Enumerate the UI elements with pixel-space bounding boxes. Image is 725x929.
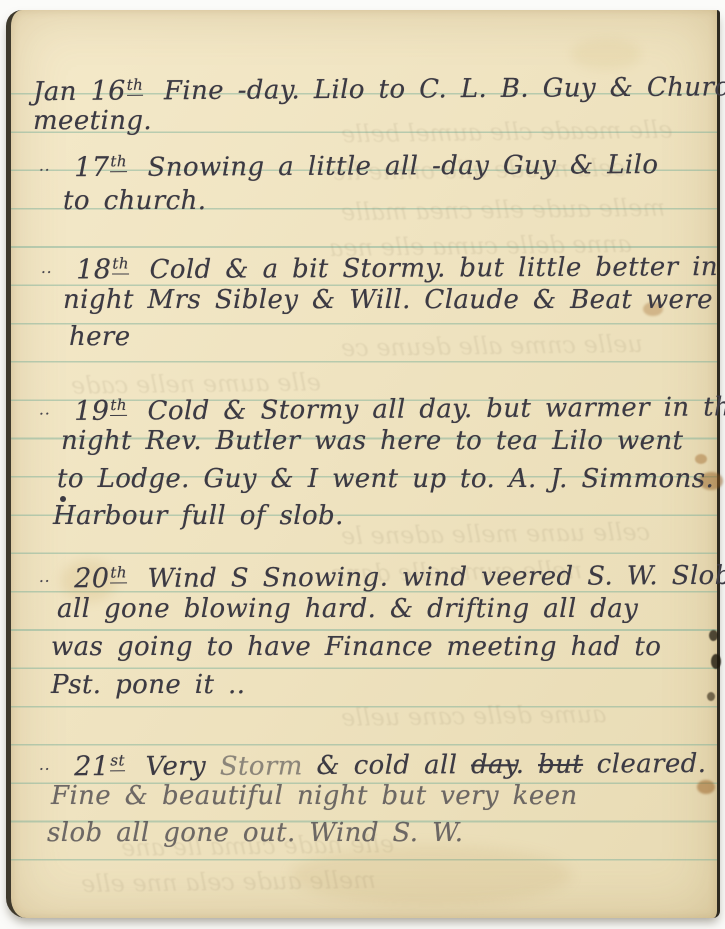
ink-bleedthrough-line: melle aude cela nne elle xyxy=(81,866,376,898)
entry-20-line-4: Pst. pone it .. xyxy=(51,670,245,700)
entry-text: Snowing a little all -day Guy & Lilo xyxy=(148,150,659,183)
entry-16-line-2: meeting. xyxy=(33,106,152,136)
day-number: 18 xyxy=(76,254,111,285)
entry-18-line-1: .. 18th Cold & a bit Stormy. but little … xyxy=(41,245,725,286)
entry-text: Cold & Stormy all day. but warmer in the xyxy=(147,392,725,426)
diary-page: elle meade clle aumel belle cela nuede a… xyxy=(6,10,720,918)
stain xyxy=(695,454,707,464)
month-label: Jan xyxy=(33,77,77,107)
smudge xyxy=(291,845,571,905)
entry-text: Very xyxy=(146,751,220,781)
day-number: 21 xyxy=(74,751,109,782)
ditto-mark: .. xyxy=(41,259,53,277)
ink-bleedthrough-line: uelle cnme alle deune ce xyxy=(341,330,643,362)
ordinal-superscript: th xyxy=(127,76,144,96)
ditto-mark: .. xyxy=(39,400,51,418)
entry-20-line-1: .. 20th Wind S Snowing. wind veered S. W… xyxy=(39,554,725,594)
struck-word: but xyxy=(538,750,583,780)
ink-mark xyxy=(711,654,721,669)
ditto-mark: .. xyxy=(39,156,51,174)
ordinal-superscript: th xyxy=(110,396,127,416)
ordinal-superscript: th xyxy=(110,563,127,583)
ordinal-superscript: st xyxy=(110,751,125,771)
entry-20-line-2: all gone blowing hard. & drifting all da… xyxy=(57,594,638,624)
entry-19-line-1: .. 19th Cold & Stormy all day. but warme… xyxy=(39,386,725,428)
entry-19-line-2: night Rev. Butler was here to tea Lilo w… xyxy=(61,426,683,456)
entry-21-line-2: Fine & beautiful night but very keen xyxy=(51,781,578,811)
entry-text: . xyxy=(516,750,539,780)
entry-17-line-1: .. 17th Snowing a little all -day Guy & … xyxy=(39,143,659,183)
entry-18-line-3: here xyxy=(69,322,131,352)
entry-16-line-1: Jan 16th Fine -day. Lilo to C. L. B. Guy… xyxy=(33,66,725,108)
entry-19-line-3: to Lodge. Guy & I went up to. A. J. Simm… xyxy=(57,464,714,494)
entry-text: Wind S Snowing. wind veered S. W. Slob xyxy=(148,561,725,594)
ink-bleedthrough-line: celle uane melle adene le xyxy=(341,518,650,550)
faded-word: Storm xyxy=(220,751,303,781)
ink-bleedthrough-line: aume delle cane uelle xyxy=(341,700,607,732)
entry-18-line-2: night Mrs Sibley & Will. Claude & Beat w… xyxy=(63,285,713,315)
smudge xyxy=(571,38,641,70)
entry-21-line-3: slob all gone out. Wind S. W. xyxy=(47,818,463,848)
entry-19-line-4: Harbour full of slob. xyxy=(53,501,344,531)
ordinal-superscript: th xyxy=(112,254,129,274)
day-number: 17 xyxy=(74,152,109,183)
ink-mark xyxy=(709,630,718,641)
ordinal-superscript: th xyxy=(110,152,127,172)
struck-word: day xyxy=(471,750,516,780)
ditto-mark: .. xyxy=(39,755,51,773)
entry-text: & cold all xyxy=(303,750,471,781)
entry-text: Fine -day. Lilo to C. L. B. Guy & Church xyxy=(164,72,725,106)
entry-20-line-3: was going to have Finance meeting had to xyxy=(51,632,661,662)
ink-mark xyxy=(707,692,715,701)
day-number: 20 xyxy=(74,563,109,594)
day-number: 19 xyxy=(74,396,109,427)
entry-text: cleared. xyxy=(583,749,707,780)
entry-17-line-2: to church. xyxy=(63,186,206,216)
stain xyxy=(697,780,715,794)
ditto-mark: .. xyxy=(39,567,51,585)
day-number: 16 xyxy=(90,75,125,106)
ink-bleedthrough-line: melle aude elle cnea malle xyxy=(341,194,666,227)
entry-21-line-1: .. 21st Very Storm & cold all day. but c… xyxy=(39,742,707,782)
entry-text: Cold & a bit Stormy. but little better i… xyxy=(150,252,725,285)
